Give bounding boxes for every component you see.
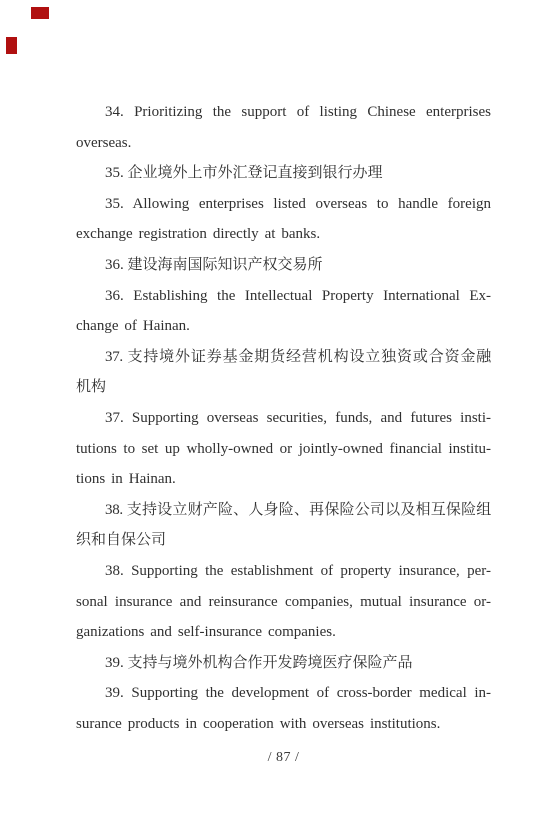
text-line: 38. Supporting the establishment of prop… <box>76 556 491 587</box>
text-line: exchange registration directly at banks. <box>76 219 491 250</box>
paragraph-37-en: 37. Supporting overseas securities, fund… <box>76 403 491 495</box>
text-line: 39. 支持与境外机构合作开发跨境医疗保险产品 <box>76 648 491 679</box>
text-block: 34. Prioritizing the support of listing … <box>76 97 491 739</box>
text-line: 34. Prioritizing the support of listing … <box>76 97 491 128</box>
text-line: 35. Allowing enterprises listed overseas… <box>76 189 491 220</box>
text-line: 机构 <box>76 372 491 403</box>
text-line: surance products in cooperation with ove… <box>76 709 491 740</box>
text-line: 38. 支持设立财产险、人身险、再保险公司以及相互保险组 <box>76 495 491 526</box>
paragraph-36-zh: 36. 建设海南国际知识产权交易所 <box>76 250 491 281</box>
paragraph-39-en: 39. Supporting the development of cross-… <box>76 678 491 739</box>
text-line: change of Hainan. <box>76 311 491 342</box>
red-stamp-mark-top <box>31 7 49 19</box>
text-line: ganizations and self-insurance companies… <box>76 617 491 648</box>
text-line: 39. Supporting the development of cross-… <box>76 678 491 709</box>
paragraph-38-en: 38. Supporting the establishment of prop… <box>76 556 491 648</box>
text-line: 36. Establishing the Intellectual Proper… <box>76 281 491 312</box>
text-line: 37. 支持境外证券基金期货经营机构设立独资或合资金融 <box>76 342 491 373</box>
paragraph-39-zh: 39. 支持与境外机构合作开发跨境医疗保险产品 <box>76 648 491 679</box>
text-line: 37. Supporting overseas securities, fund… <box>76 403 491 434</box>
paragraph-34-en: 34. Prioritizing the support of listing … <box>76 97 491 158</box>
text-line: 35. 企业境外上市外汇登记直接到银行办理 <box>76 158 491 189</box>
page-number: / 87 / <box>76 745 491 771</box>
red-stamp-mark-left <box>6 37 17 54</box>
text-line: 织和自保公司 <box>76 525 491 556</box>
document-page: 34. Prioritizing the support of listing … <box>0 0 552 817</box>
paragraph-35-en: 35. Allowing enterprises listed overseas… <box>76 189 491 250</box>
text-line: sonal insurance and reinsurance companie… <box>76 587 491 618</box>
paragraph-37-zh: 37. 支持境外证券基金期货经营机构设立独资或合资金融 机构 <box>76 342 491 403</box>
text-line: tutions to set up wholly-owned or jointl… <box>76 434 491 465</box>
text-line: tions in Hainan. <box>76 464 491 495</box>
paragraph-38-zh: 38. 支持设立财产险、人身险、再保险公司以及相互保险组 织和自保公司 <box>76 495 491 556</box>
text-line: overseas. <box>76 128 491 159</box>
paragraph-35-zh: 35. 企业境外上市外汇登记直接到银行办理 <box>76 158 491 189</box>
paragraph-36-en: 36. Establishing the Intellectual Proper… <box>76 281 491 342</box>
text-line: 36. 建设海南国际知识产权交易所 <box>76 250 491 281</box>
